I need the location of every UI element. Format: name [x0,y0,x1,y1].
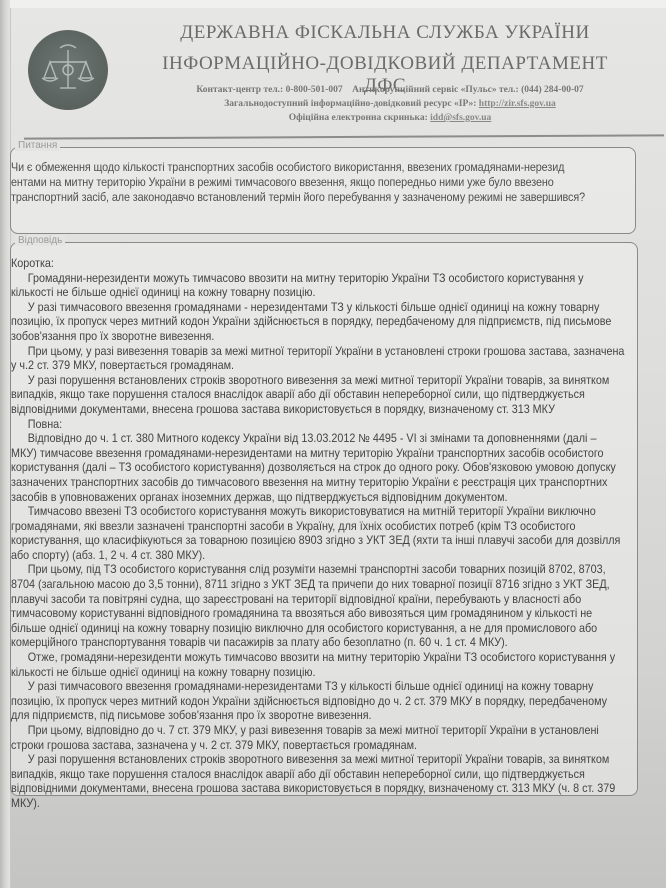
email-link[interactable]: idd@sfs.gov.ua [430,113,491,123]
contact-center: Контакт-центр тел.: 0-800-501-007 [196,85,342,95]
full-paragraph: У разі порушення встановлених строків зв… [11,753,625,811]
anticorruption-service: Антикорупційний сервіс «Пульс» тел.: (04… [352,85,584,95]
full-paragraph: Отже, громадяни-нерезиденти можуть тимча… [11,651,625,680]
answer-section: Відповідь Коротка: Громадяни-нерезиденти… [10,242,638,796]
contact-block: Контакт-центр тел.: 0-800-501-007 Антико… [140,83,640,125]
header-divider [24,134,664,139]
email-label: Офіційна електронна скринька: [289,113,428,123]
resource-link[interactable]: http://zir.sfs.gov.ua [479,99,556,109]
question-section: Питання Чи є обмеження щодо кількості тр… [10,147,636,234]
phone-line: Контакт-центр тел.: 0-800-501-007 Антико… [140,83,640,97]
full-paragraph: При цьому, відповідно до ч. 7 ст. 379 МК… [11,724,625,753]
answer-body: Коротка: Громадяни-нерезиденти можуть ти… [11,257,625,812]
agency-title: ДЕРЖАВНА ФІСКАЛЬНА СЛУЖБА УКРАЇНИ [150,22,620,44]
scales-icon [38,40,98,100]
full-paragraph: У разі тимчасового ввезення громадянами-… [11,680,625,724]
email-line: Офіційна електронна скринька: idd@sfs.go… [140,111,640,125]
short-paragraph: У разі порушення встановлених строків зв… [11,374,625,418]
full-paragraph: При цьому, під ТЗ особистого користуванн… [11,563,625,651]
short-answer-label: Коротка: [11,257,625,272]
resource-line: Загальнодоступний інформаційно-довідкови… [140,97,640,111]
letterhead: ДЕРЖАВНА ФІСКАЛЬНА СЛУЖБА УКРАЇНИ ІНФОРМ… [10,8,666,134]
resource-label: Загальнодоступний інформаційно-довідкови… [224,99,476,109]
short-paragraph: У разі тимчасового ввезення громадянами … [11,301,625,345]
question-text: Чи є обмеження щодо кількості транспортн… [11,160,588,205]
full-paragraph: Тимчасово ввезені ТЗ особистого користув… [11,505,625,563]
full-paragraph: Відповідно до ч. 1 ст. 380 Митного кодек… [11,432,625,505]
full-answer-label: Повна: [11,418,625,433]
page-top-strip [10,0,666,8]
short-paragraph: При цьому, у разі вивезення товарів за м… [11,345,625,374]
question-legend: Питання [15,140,60,151]
short-paragraph: Громадяни-нерезиденти можуть тимчасово в… [11,272,625,301]
answer-legend: Відповідь [15,235,65,246]
emblem-scales-icon [28,30,108,110]
